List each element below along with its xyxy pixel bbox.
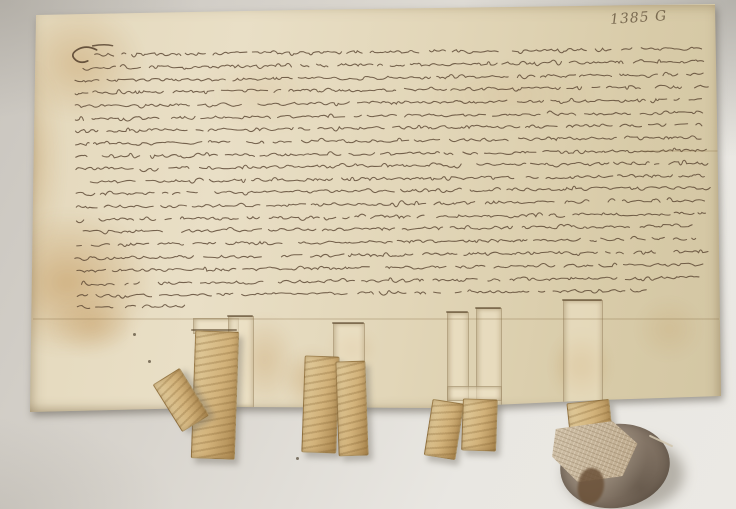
parchment-seal-tag — [301, 355, 339, 453]
fold-crease — [640, 150, 718, 152]
parchment-seal-tag — [335, 361, 368, 457]
parchment-seal-tag — [191, 330, 239, 459]
dust-speck — [296, 457, 299, 460]
parchment-seal-tag — [461, 398, 498, 451]
fold-crease — [33, 318, 719, 320]
ink-speck — [148, 360, 151, 363]
ink-speck — [133, 333, 136, 336]
photo-canvas: 1385 G — [0, 0, 736, 509]
